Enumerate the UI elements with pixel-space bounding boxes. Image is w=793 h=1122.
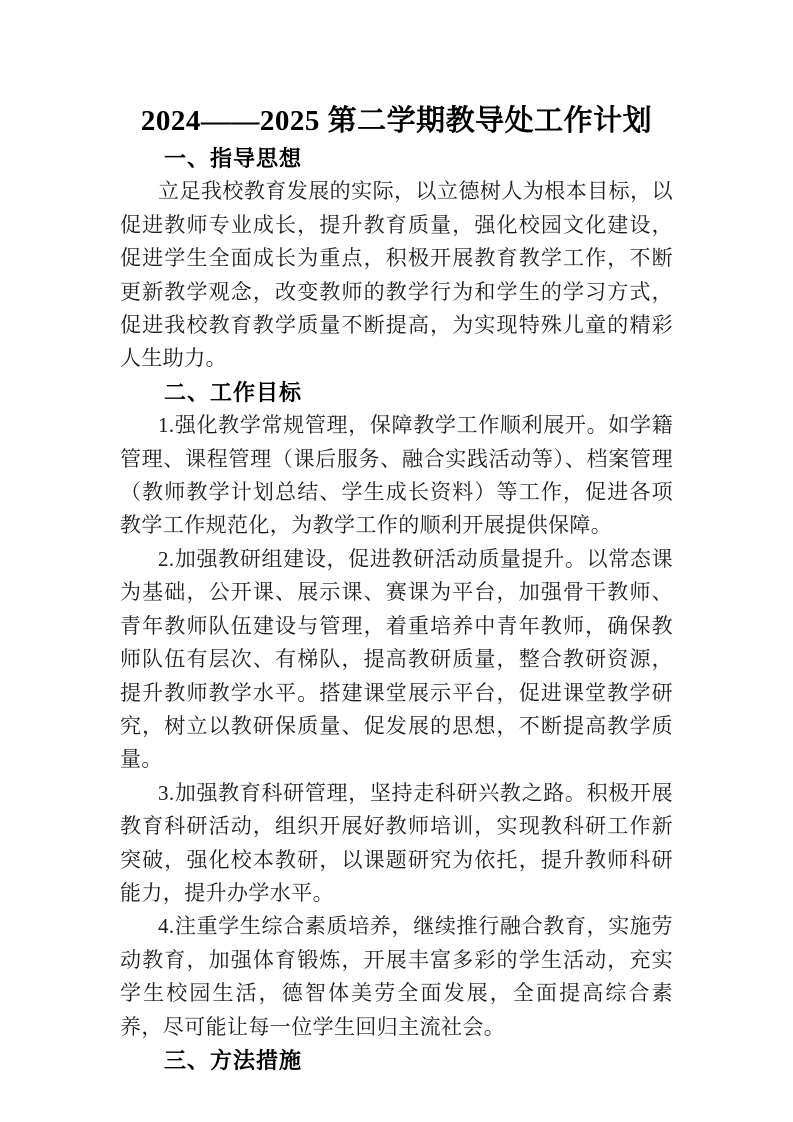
paragraph-goal-1: 1.强化教学常规管理，保障教学工作顺利展开。如学籍管理、课程管理（课后服务、融合… <box>120 409 673 543</box>
section-heading-work-goals: 二、工作目标 <box>120 376 673 409</box>
document-page: 2024——2025 第二学期教导处工作计划 一、指导思想 立足我校教育发展的实… <box>0 0 793 1122</box>
section-heading-guiding-ideology: 一、指导思想 <box>120 142 673 175</box>
section-heading-methods-measures: 三、方法措施 <box>120 1044 673 1077</box>
paragraph-guiding-ideology: 立足我校教育发展的实际，以立德树人为根本目标，以促进教师专业成长，提升教育质量，… <box>120 175 673 375</box>
paragraph-goal-2: 2.加强教研组建设，促进教研活动质量提升。以常态课为基础，公开课、展示课、赛课为… <box>120 543 673 777</box>
paragraph-goal-4: 4.注重学生综合素质培养，继续推行融合教育，实施劳动教育，加强体育锻炼，开展丰富… <box>120 910 673 1044</box>
paragraph-goal-3: 3.加强教育科研管理，坚持走科研兴教之路。积极开展教育科研活动，组织开展好教师培… <box>120 777 673 911</box>
document-title: 2024——2025 第二学期教导处工作计划 <box>120 100 673 142</box>
